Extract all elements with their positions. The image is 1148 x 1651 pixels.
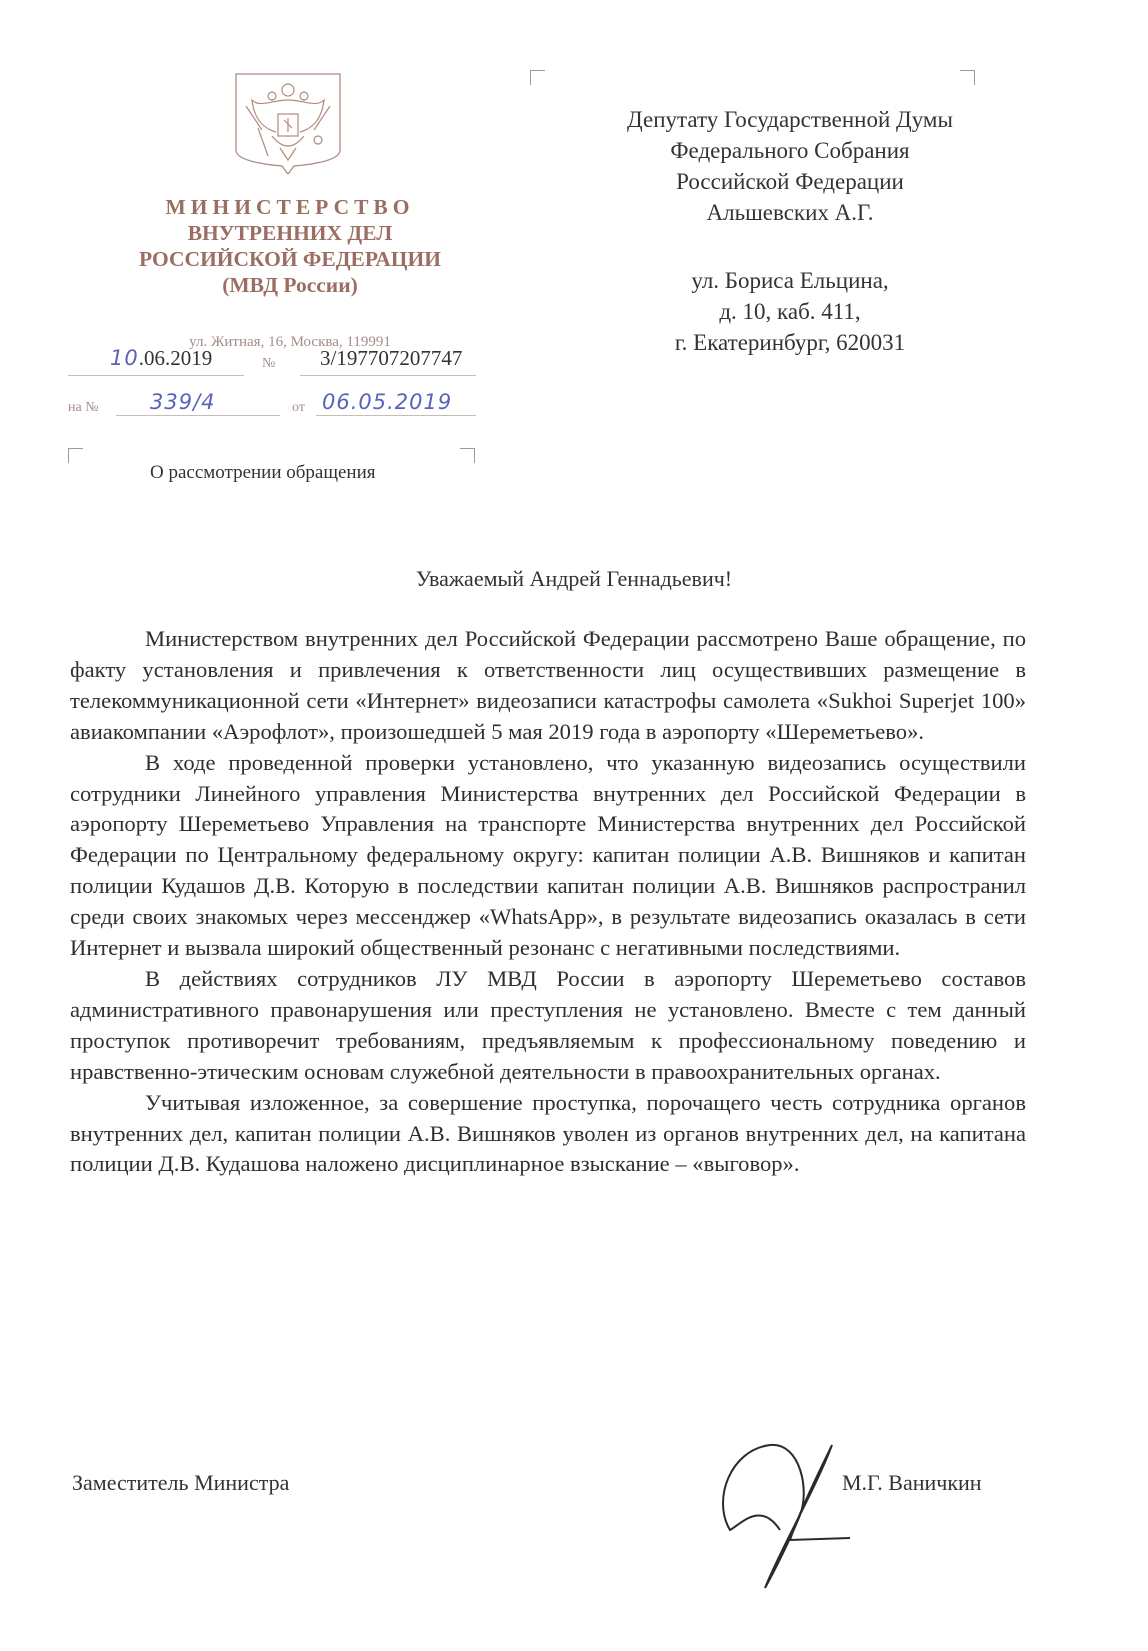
recipient-address-line-1: ул. Бориса Ельцина,	[560, 265, 1020, 296]
date-month-year: .06.2019	[139, 346, 213, 370]
date-day-handwritten: 10	[110, 346, 139, 370]
ministry-line-1: МИНИСТЕРСТВО	[100, 194, 480, 220]
signatory-name: М.Г. Ваничкин	[842, 1470, 982, 1496]
reply-number-underline	[116, 414, 280, 416]
signatory-title: Заместитель Министра	[72, 1470, 289, 1496]
recipient-address-line-3: г. Екатеринбург, 620031	[560, 327, 1020, 358]
paragraph-1: Министерством внутренних дел Российской …	[70, 624, 1026, 748]
reply-date-handwritten: 06.05.2019	[322, 390, 452, 414]
subject-corner-mark-right	[460, 448, 475, 463]
recipient-name: Альшевских А.Г.	[560, 197, 1020, 228]
paragraph-4: Учитывая изложенное, за совершение прост…	[70, 1088, 1026, 1181]
reply-number-label: на №	[68, 400, 99, 416]
recipient-address-line-2: д. 10, каб. 411,	[560, 296, 1020, 327]
outgoing-number: 3/197707207747	[320, 346, 462, 371]
reply-date-label: от	[292, 400, 305, 416]
recipient-corner-mark-left	[530, 70, 545, 85]
coat-of-arms-icon	[232, 70, 344, 174]
ministry-line-4: (МВД России)	[100, 272, 480, 298]
handwritten-signature-icon	[720, 1430, 870, 1595]
recipient-corner-mark-right	[960, 70, 975, 85]
letter-body: Министерством внутренних дел Российской …	[70, 624, 1026, 1180]
subject-line: О рассмотрении обращения	[150, 462, 376, 484]
paragraph-2: В ходе проведенной проверки установлено,…	[70, 748, 1026, 964]
ministry-name: МИНИСТЕРСТВО ВНУТРЕННИХ ДЕЛ РОССИЙСКОЙ Ф…	[100, 194, 480, 298]
recipient-line-1: Депутату Государственной Думы	[560, 104, 1020, 135]
recipient-line-2: Федерального Собрания	[560, 135, 1020, 166]
subject-corner-mark-left	[68, 448, 83, 463]
number-label: №	[262, 356, 275, 372]
recipient-line-3: Российской Федерации	[560, 166, 1020, 197]
reply-number-handwritten: 339/4	[150, 390, 216, 414]
recipient-title: Депутату Государственной Думы Федерально…	[560, 104, 1020, 228]
reply-date-underline	[316, 414, 476, 416]
number-underline	[300, 374, 476, 376]
recipient-address: ул. Бориса Ельцина, д. 10, каб. 411, г. …	[560, 265, 1020, 358]
ministry-line-2: ВНУТРЕННИХ ДЕЛ	[100, 220, 480, 246]
greeting: Уважаемый Андрей Геннадьевич!	[0, 566, 1148, 592]
date-underline	[68, 374, 244, 376]
paragraph-3: В действиях сотрудников ЛУ МВД России в …	[70, 964, 1026, 1088]
ministry-line-3: РОССИЙСКОЙ ФЕДЕРАЦИИ	[100, 246, 480, 272]
outgoing-date: 10.06.2019	[110, 346, 212, 371]
